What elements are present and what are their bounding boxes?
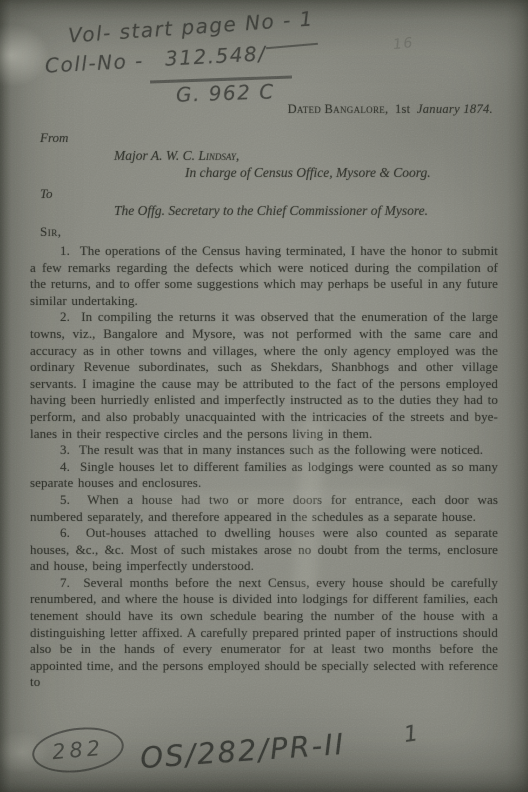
- collection-number-numerator: 312.548/: [164, 41, 267, 70]
- scanned-letter-page: Vol- start page No - 1 Coll-No - 312.548…: [0, 0, 528, 792]
- collection-number-denominator: G. 962 C: [176, 79, 275, 106]
- sender-title: In charge of Census Office, Mysore & Coo…: [185, 165, 431, 181]
- paragraph-4: 4. Single houses let to different famili…: [30, 459, 498, 492]
- paragraph-2: 2. In compiling the returns it was obser…: [30, 309, 498, 442]
- dateline: Dated Bangalore, 1st January 1874.: [288, 102, 496, 117]
- paragraph-1: 1. The operations of the Census having t…: [30, 243, 498, 309]
- letter-body: 1. The operations of the Census having t…: [30, 243, 498, 691]
- faint-pencil-mark: 16: [392, 35, 414, 53]
- circled-accession-number: 282: [30, 723, 127, 778]
- handwritten-reference-number: OS/282/PR-II: [139, 727, 346, 775]
- dateline-place: Dated Bangalore,: [288, 102, 389, 116]
- paragraph-6: 6. Out-houses attached to dwelling house…: [30, 525, 498, 575]
- sender-surname: Lindsay,: [198, 148, 239, 163]
- salutation: Sir,: [40, 224, 61, 240]
- sender-name-prefix: Major A. W. C.: [114, 148, 198, 163]
- dateline-month-year: January 1874.: [417, 102, 493, 116]
- circled-accession-number-text: 282: [51, 736, 105, 764]
- underline-stroke: [266, 43, 318, 50]
- paragraph-7: 7. Several months before the next Census…: [30, 575, 498, 691]
- handwritten-page-number: 1: [402, 721, 421, 748]
- paragraph-3: 3. The result was that in many instances…: [30, 442, 498, 459]
- recipient-name: The Offg. Secretary to the Chief Commiss…: [114, 203, 428, 219]
- to-label: To: [40, 186, 53, 202]
- handwritten-volume-note: Vol- start page No - 1: [67, 6, 314, 47]
- from-label: From: [40, 130, 68, 146]
- sender-name: Major A. W. C. Lindsay,: [114, 148, 239, 164]
- handwritten-collection-number-label: Coll-No -: [44, 48, 144, 77]
- dateline-day: 1st: [395, 102, 411, 116]
